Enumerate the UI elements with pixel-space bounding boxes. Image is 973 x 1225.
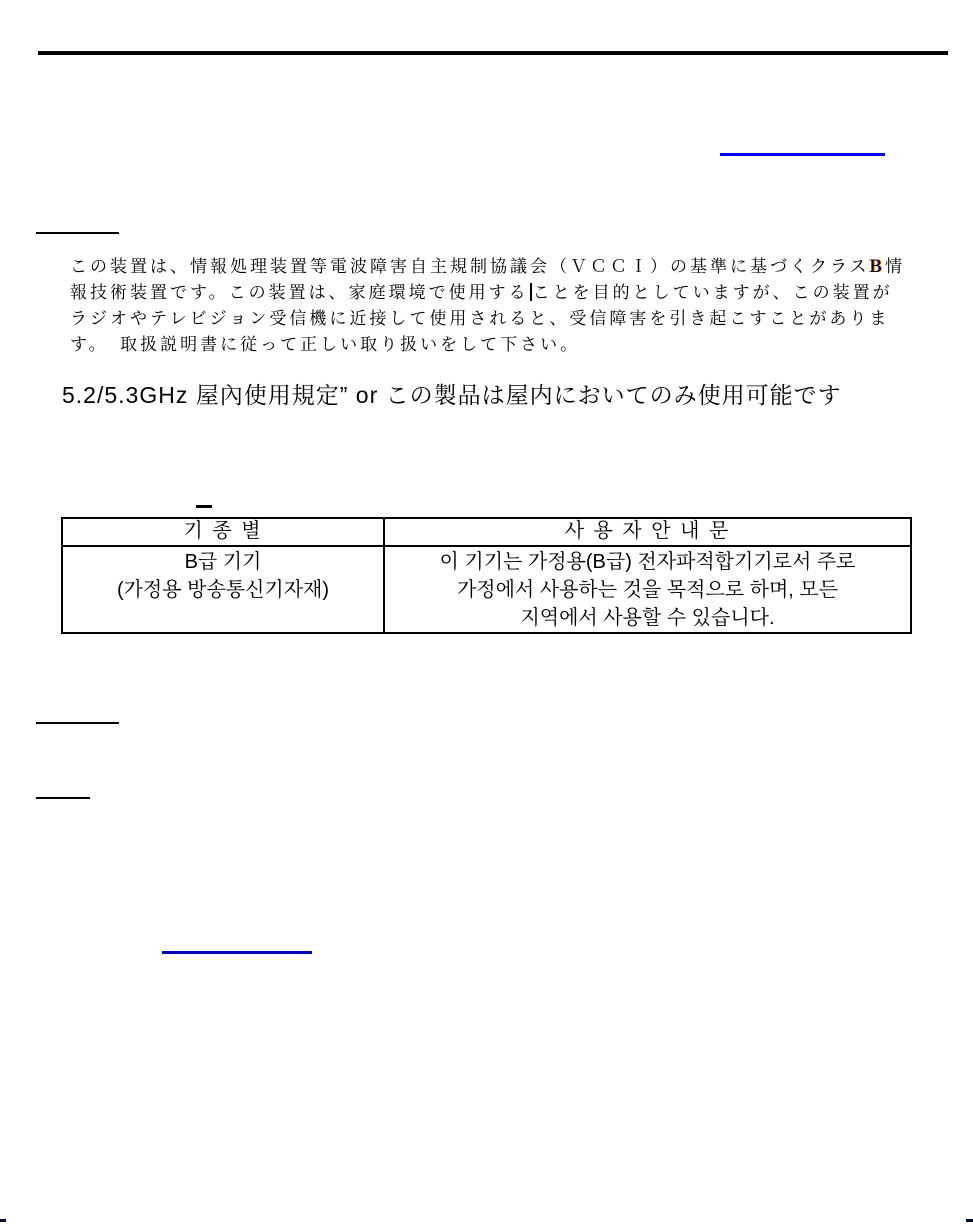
bottom-rule-remnant-left xyxy=(0,1219,6,1222)
top-horizontal-rule xyxy=(38,51,948,55)
user-guidance-line-2: 가정에서 사용하는 것을 목적으로 하며, 모든 xyxy=(385,576,910,604)
vcci-line2a: 報技術装置です。この装置は、家庭環境で使用する xyxy=(70,283,529,303)
vcci-notice: この装置は、情報処理装置等電波障害自主規制協議会（ＶＣＣＩ）の基準に基づくクラス… xyxy=(70,254,930,358)
stray-mark xyxy=(196,505,212,508)
korea-table-body-row: B급 기기 (가정용 방송통신기자재) 이 기기는 가정용(B급) 전자파적합기… xyxy=(63,547,910,632)
vcci-line1-pre: この装置は、情報処理装置等電波障害自主規制協議会（ＶＣＣＩ）の基準に基づくクラス xyxy=(70,257,870,277)
ghz-indoor-use-heading: 5.2/5.3GHz 屋內使用規定” or この製品は屋内においてのみ使用可能で… xyxy=(62,381,922,409)
hyperlink-underline-top[interactable] xyxy=(720,153,885,156)
device-class-line-2: (가정용 방송통신기자재) xyxy=(63,576,383,604)
user-guidance-line-3: 지역에서 사용할 수 있습니다. xyxy=(385,604,910,632)
korea-cell-user-guidance: 이 기기는 가정용(B급) 전자파적합기기로서 주로 가정에서 사용하는 것을 … xyxy=(385,547,910,632)
vcci-line1-post: 情 xyxy=(885,257,905,277)
korea-emc-table: 기 종 별 사 용 자 안 내 문 B급 기기 (가정용 방송통신기자재) 이 … xyxy=(61,517,912,634)
bottom-rule-remnant-right xyxy=(966,1219,973,1222)
vcci-line-1: この装置は、情報処理装置等電波障害自主規制協議会（ＶＣＣＩ）の基準に基づくクラス… xyxy=(70,254,930,280)
korea-header-user-guidance: 사 용 자 안 내 문 xyxy=(385,519,910,545)
section-underline-japan xyxy=(36,232,119,234)
hyperlink-underline-bottom[interactable] xyxy=(162,951,312,954)
vcci-line-2: 報技術装置です。この装置は、家庭環境で使用することを目的としていますが、この装置… xyxy=(70,280,930,306)
vcci-line-4: す。 取扱説明書に従って正しい取り扱いをして下さい。 xyxy=(70,332,930,358)
vcci-line2b: ことを目的としていますが、この装置が xyxy=(533,283,893,303)
device-class-line-1: B급 기기 xyxy=(63,548,383,576)
korea-table-header-row: 기 종 별 사 용 자 안 내 문 xyxy=(63,519,910,547)
user-guidance-line-1: 이 기기는 가정용(B급) 전자파적합기기로서 주로 xyxy=(385,548,910,576)
korea-cell-device-class: B급 기기 (가정용 방송통신기자재) xyxy=(63,547,385,632)
document-page: { "colors": { "top_link": "#0000EE", "bo… xyxy=(0,0,973,1225)
text-cursor xyxy=(530,283,532,301)
vcci-line-3: ラジオやテレビジョン受信機に近接して使用されると、受信障害を引き起こすことがあり… xyxy=(70,306,930,332)
vcci-line1-class-b: B xyxy=(870,257,886,277)
korea-header-device-type: 기 종 별 xyxy=(63,519,385,545)
section-underline-lower xyxy=(36,797,90,799)
section-underline-taiwan xyxy=(36,722,119,724)
